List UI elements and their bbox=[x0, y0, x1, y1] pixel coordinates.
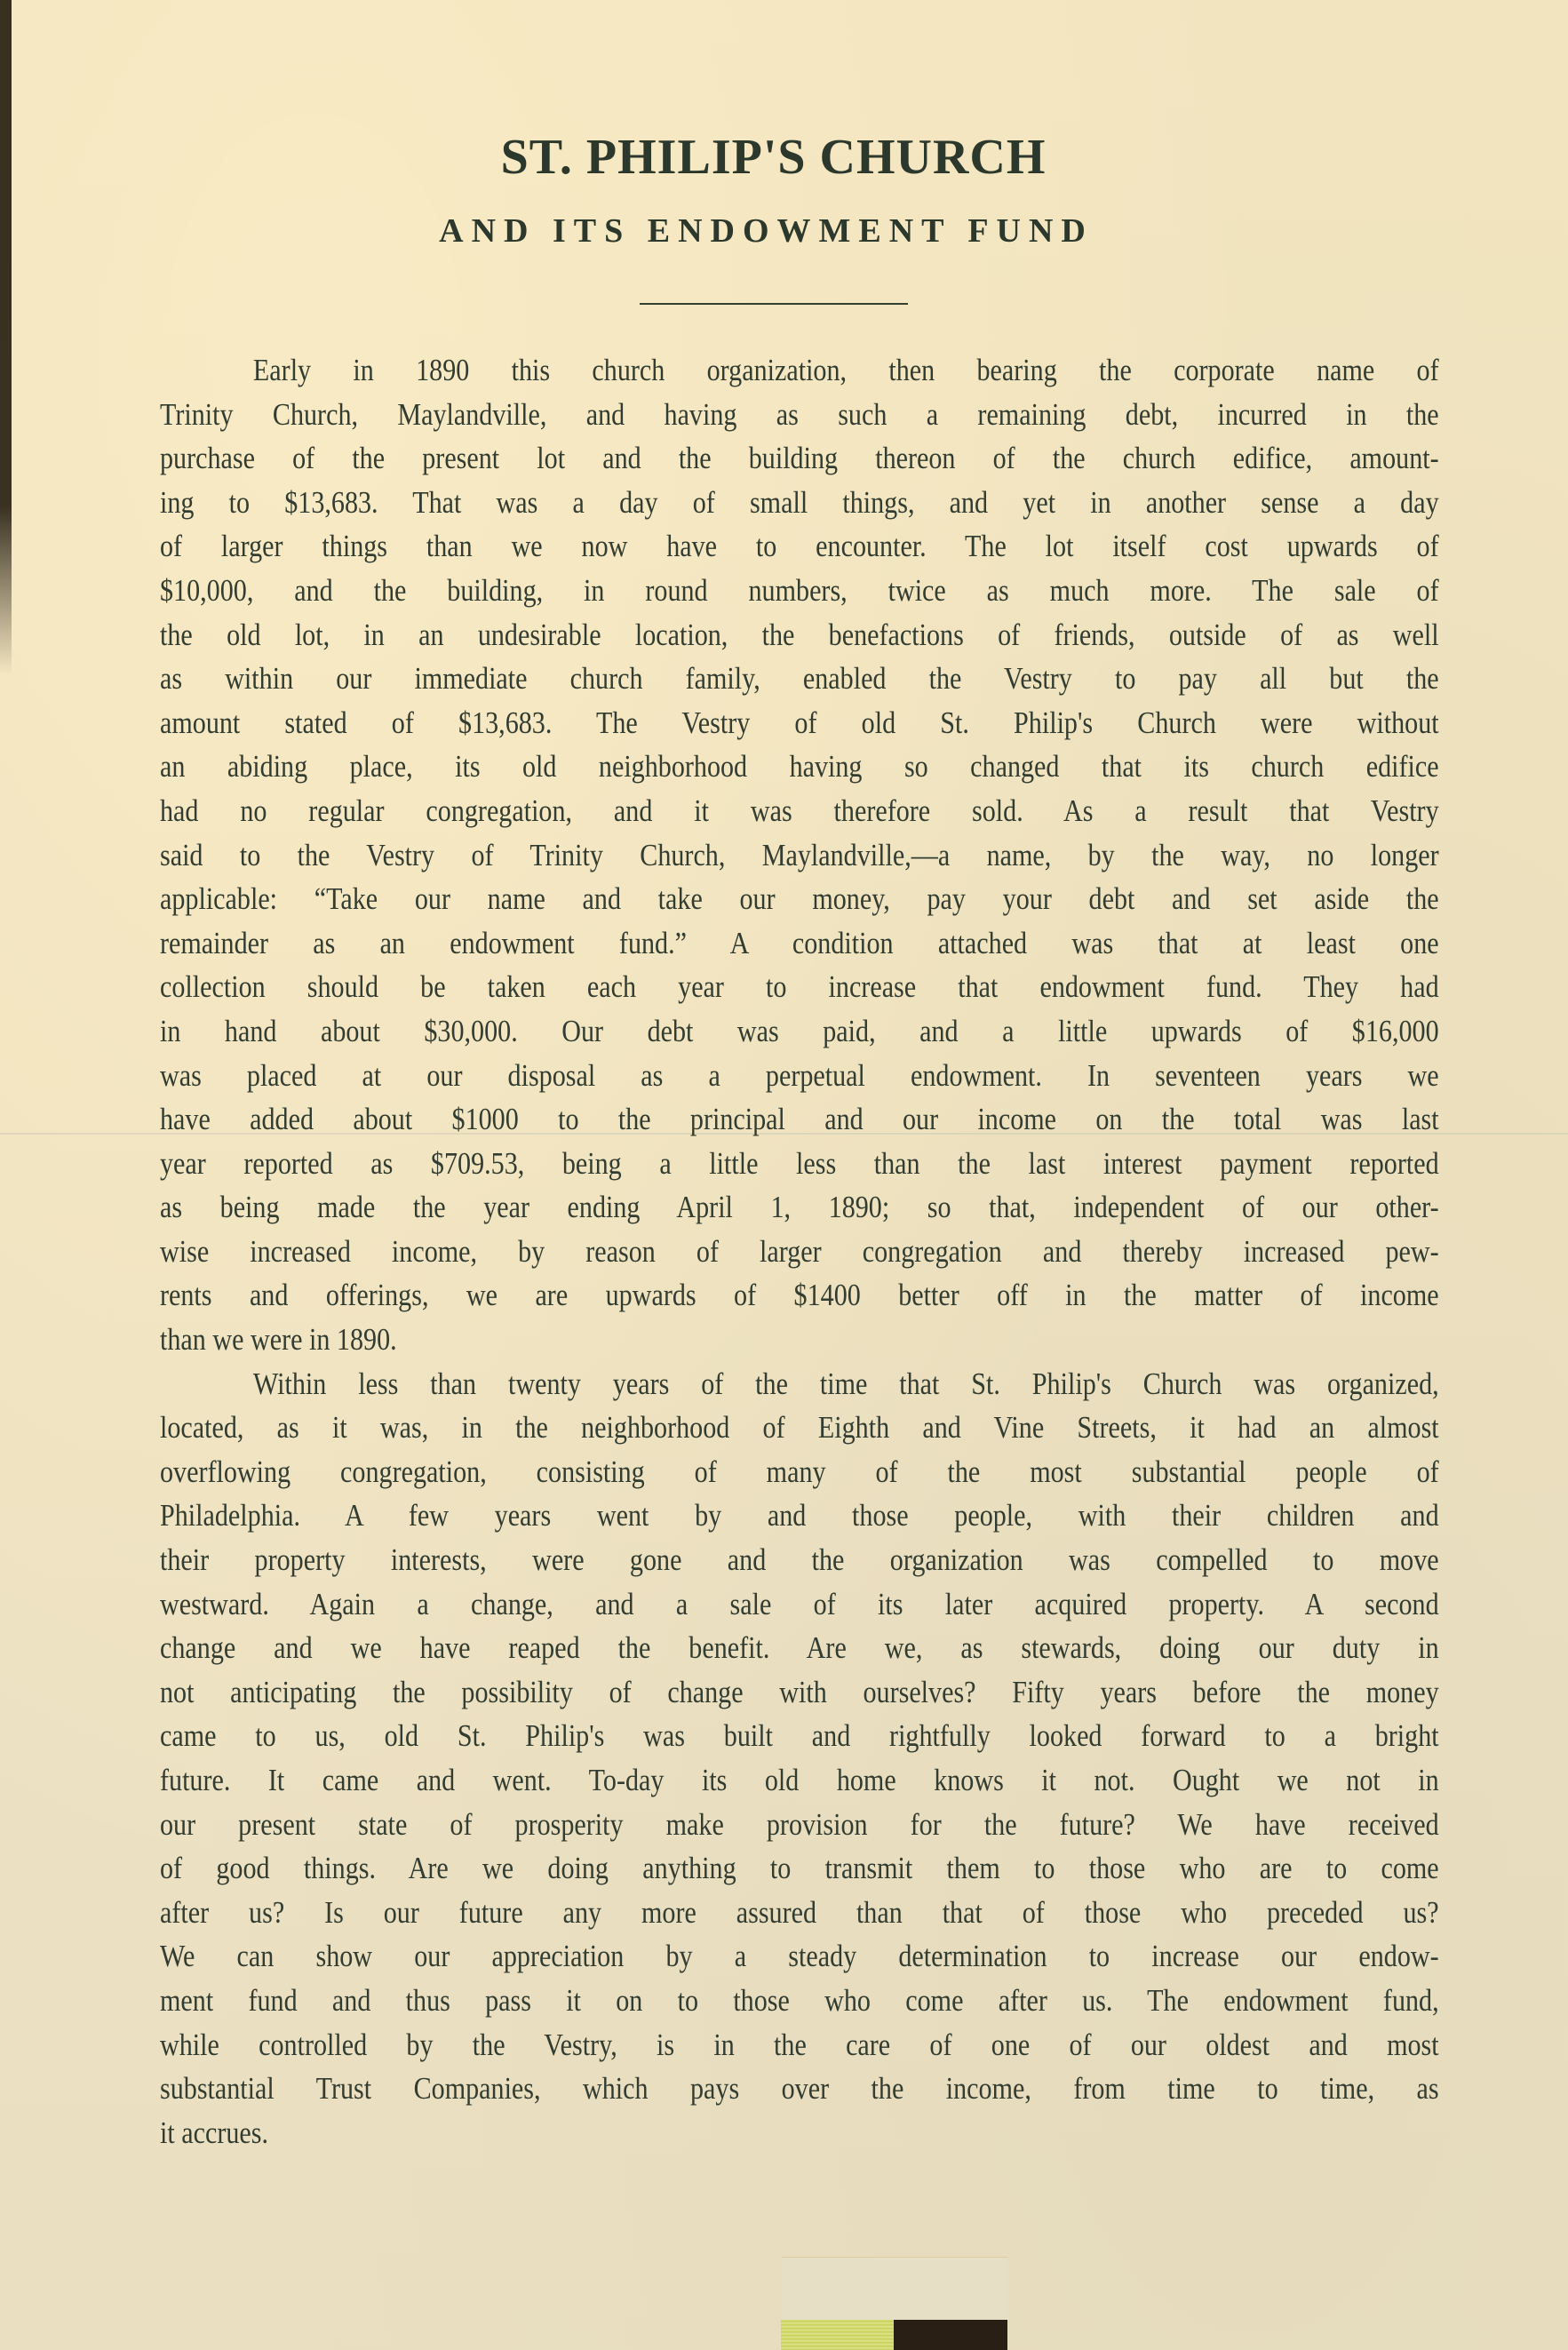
document-body: Early in 1890 this church organization, … bbox=[160, 348, 1439, 2155]
text-line: in hand about $30,000. Our debt was paid… bbox=[160, 1009, 1439, 1054]
text-line: of larger things than we now have to enc… bbox=[160, 524, 1439, 569]
text-line: Philadelphia. A few years went by and th… bbox=[160, 1494, 1439, 1538]
text-line: $10,000, and the building, in round numb… bbox=[160, 569, 1439, 613]
text-line: Early in 1890 this church organization, … bbox=[160, 348, 1439, 393]
text-line: not anticipating the possibility of chan… bbox=[160, 1670, 1439, 1715]
text-line: applicable: “Take our name and take our … bbox=[160, 877, 1439, 921]
text-line: future. It came and went. To-day its old… bbox=[160, 1758, 1439, 1803]
text-line: our present state of prosperity make pro… bbox=[160, 1803, 1439, 1847]
tape-strip bbox=[782, 2257, 1008, 2322]
text-line: year reported as $709.53, being a little… bbox=[160, 1142, 1439, 1186]
text-line: while controlled by the Vestry, is in th… bbox=[160, 2023, 1439, 2067]
title-divider bbox=[640, 303, 908, 305]
text-line: the old lot, in an undesirable location,… bbox=[160, 613, 1439, 657]
text-line: ment fund and thus pass it on to those w… bbox=[160, 1979, 1439, 2023]
text-line: was placed at our disposal as a perpetua… bbox=[160, 1054, 1439, 1098]
text-line: remainder as an endowment fund.” A condi… bbox=[160, 921, 1439, 966]
document-title: ST. PHILIP'S CHURCH bbox=[0, 129, 1557, 186]
text-line: came to us, old St. Philip's was built a… bbox=[160, 1714, 1439, 1758]
text-line: of good things. Are we doing anything to… bbox=[160, 1846, 1439, 1891]
text-line: amount stated of $13,683. The Vestry of … bbox=[160, 701, 1439, 745]
text-line: after us? Is our future any more assured… bbox=[160, 1891, 1439, 1935]
text-line: substantial Trust Companies, which pays … bbox=[160, 2067, 1439, 2111]
text-line: collection should be taken each year to … bbox=[160, 965, 1439, 1009]
scan-artifact-tab bbox=[781, 2320, 1007, 2350]
text-line: said to the Vestry of Trinity Church, Ma… bbox=[160, 833, 1439, 878]
text-line: Trinity Church, Maylandville, and having… bbox=[160, 393, 1439, 437]
text-line: We can show our appreciation by a steady… bbox=[160, 1934, 1439, 1979]
scan-artifact-color-bar bbox=[781, 2320, 894, 2350]
text-line: ing to $13,683. That was a day of small … bbox=[160, 481, 1439, 525]
text-line: Within less than twenty years of the tim… bbox=[160, 1362, 1439, 1406]
text-line: rents and offerings, we are upwards of $… bbox=[160, 1273, 1439, 1318]
text-line: their property interests, were gone and … bbox=[160, 1538, 1439, 1582]
text-line: westward. Again a change, and a sale of … bbox=[160, 1582, 1439, 1627]
text-line: change and we have reaped the benefit. A… bbox=[160, 1626, 1439, 1670]
text-line: an abiding place, its old neighborhood h… bbox=[160, 745, 1439, 789]
text-line: purchase of the present lot and the buil… bbox=[160, 436, 1439, 481]
text-line: located, as it was, in the neighborhood … bbox=[160, 1406, 1439, 1450]
paragraph-1: Early in 1890 this church organization, … bbox=[160, 348, 1439, 1362]
text-line: as within our immediate church family, e… bbox=[160, 657, 1439, 701]
text-line: wise increased income, by reason of larg… bbox=[160, 1230, 1439, 1274]
scan-edge-shadow bbox=[0, 0, 12, 675]
text-line: overflowing congregation, consisting of … bbox=[160, 1450, 1439, 1494]
text-line: as being made the year ending April 1, 1… bbox=[160, 1185, 1439, 1230]
paragraph-2: Within less than twenty years of the tim… bbox=[160, 1362, 1439, 2155]
text-line: have added about $1000 to the principal … bbox=[160, 1097, 1439, 1142]
document-subtitle: AND ITS ENDOWMENT FUND bbox=[0, 211, 1550, 251]
text-line: than we were in 1890. bbox=[160, 1318, 1439, 1362]
text-line: it accrues. bbox=[160, 2111, 1439, 2155]
text-line: had no regular congregation, and it was … bbox=[160, 789, 1439, 833]
